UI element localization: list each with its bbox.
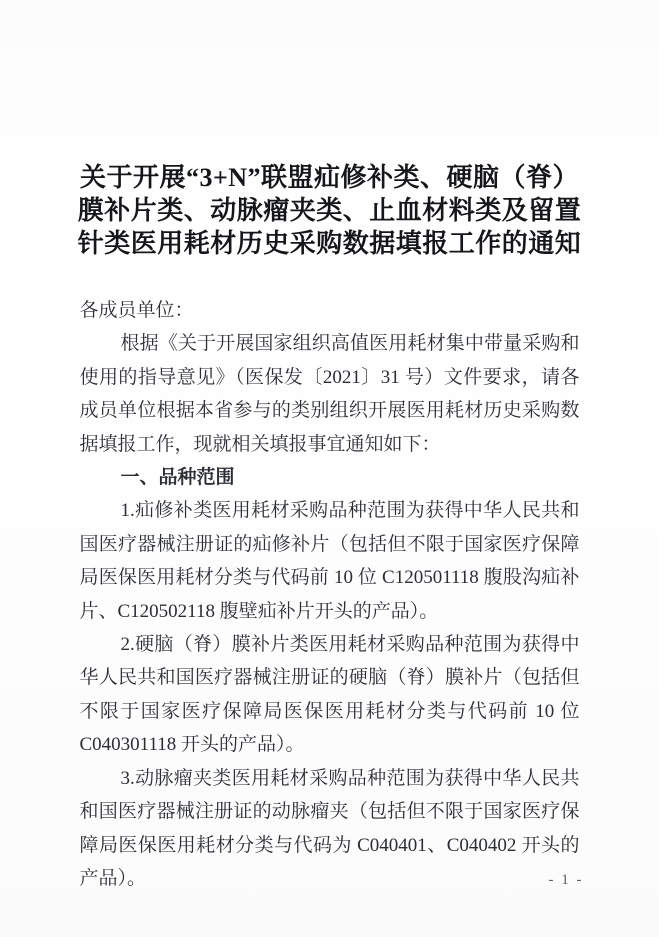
intro-paragraph: 根据《关于开展国家组织高值医用耗材集中带量采购和使用的指导意见》（医保发〔202… xyxy=(80,327,580,461)
item-paragraph-3: 3.动脉瘤夹类医用耗材采购品种范围为获得中华人民共和国医疗器械注册证的动脉瘤夹（… xyxy=(80,762,580,896)
document-body: 各成员单位： 根据《关于开展国家组织高值医用耗材集中带量采购和使用的指导意见》（… xyxy=(80,294,580,895)
scanned-document-page: 关于开展“3+N”联盟疝修补类、硬脑（脊）膜补片类、动脉瘤夹类、止血材料类及留置… xyxy=(0,0,659,937)
item-paragraph-2: 2.硬脑（脊）膜补片类医用耗材采购品种范围为获得中华人民共和国医疗器械注册证的硬… xyxy=(80,628,580,762)
document-title: 关于开展“3+N”联盟疝修补类、硬脑（脊）膜补片类、动脉瘤夹类、止血材料类及留置… xyxy=(68,161,592,260)
salutation: 各成员单位： xyxy=(80,294,580,327)
page-number: - 1 - xyxy=(536,872,596,889)
section-heading-scope: 一、品种范围 xyxy=(80,461,580,494)
item-paragraph-1: 1.疝修补类医用耗材采购品种范围为获得中华人民共和国医疗器械注册证的疝修补片（包… xyxy=(80,494,580,628)
